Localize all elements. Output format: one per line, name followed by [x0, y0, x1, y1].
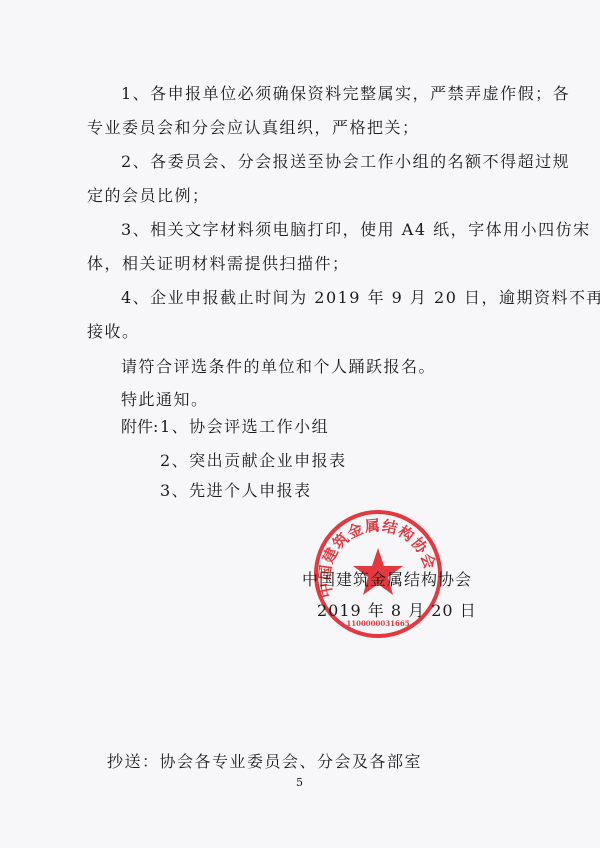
cc-line: 抄送：协会各专业委员会、分会及各部室: [107, 752, 422, 772]
page-number: 5: [296, 776, 303, 789]
invitation-text: 请符合评选条件的单位和个人踊跃报名。: [121, 357, 436, 377]
signature-date: 2019 年 8 月 20 日: [317, 601, 477, 621]
paragraph-4-line-1: 4、企业申报截止时间为 2019 年 9 月 20 日，逾期资料不再: [121, 288, 600, 308]
closing-text: 特此通知。: [121, 390, 209, 410]
attachment-item-2: 2、突出贡献企业申报表: [160, 451, 347, 471]
paragraph-3-line-2: 体，相关证明材料需提供扫描件；: [87, 254, 350, 274]
signature-organization: 中国建筑金属结构协会: [302, 570, 472, 590]
attachment-item-1: 1、协会评选工作小组: [160, 417, 329, 437]
paragraph-3-line-1: 3、相关文字材料须电脑打印，使用 A4 纸，字体用小四仿宋: [121, 220, 591, 240]
attachment-item-3: 3、先进个人申报表: [160, 481, 312, 501]
paragraph-1-line-1: 1、各申报单位必须确保资料完整属实，严禁弄虚作假；各: [121, 84, 570, 104]
attachments-label: 附件:: [121, 417, 158, 437]
paragraph-1-line-2: 专业委员会和分会应认真组织，严格把关；: [87, 118, 420, 138]
paragraph-4-line-2: 接收。: [87, 322, 140, 342]
paragraph-2-line-2: 定的会员比例；: [87, 186, 210, 206]
paragraph-2-line-1: 2、各委员会、分会报送至协会工作小组的名额不得超过规: [121, 152, 570, 172]
